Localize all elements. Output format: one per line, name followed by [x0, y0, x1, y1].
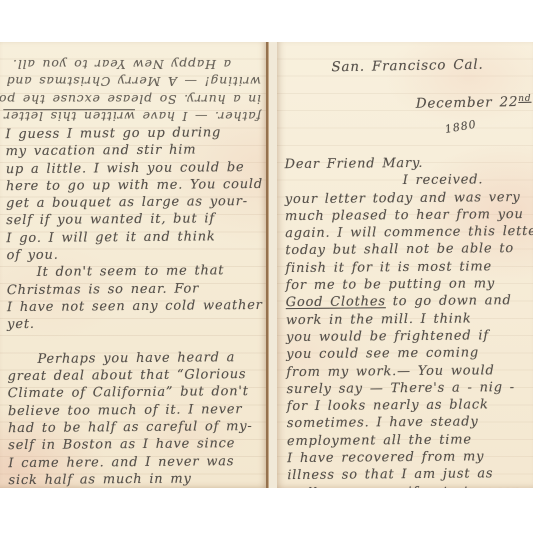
- dateline-date-main: December 22: [416, 94, 519, 112]
- letter-page-left: father. — I have written this letterin a…: [0, 42, 267, 488]
- letter-page-right: San. Francisco Cal. December 22nd 1880 D…: [277, 42, 533, 488]
- letter-line: surely say — There's a - nig -: [286, 379, 533, 398]
- letter-line: I came here. and I never was: [8, 453, 266, 473]
- letter-line: a Happy New Year to you all.: [10, 56, 261, 73]
- letter-line: father. — I have written this letter: [10, 108, 261, 125]
- letter-line: today but shall not be able to: [285, 241, 532, 260]
- dateline-date-suffix: nd: [518, 93, 531, 103]
- letter-line: get a bouquet as large as your-: [6, 193, 264, 213]
- letter-line: self in Boston as I have since: [8, 435, 266, 455]
- right-page-body: Dear Friend Mary.I received.your letter …: [284, 154, 533, 488]
- letter-photo: father. — I have written this letterin a…: [0, 0, 533, 533]
- page-seam: [266, 42, 277, 488]
- letter-line: sick half as much in my: [8, 470, 266, 488]
- letter-line: I have not seen any cold weather: [7, 297, 265, 317]
- letter-line: Good Clothes to go down and: [286, 292, 533, 311]
- inverted-postscript: father. — I have written this letterin a…: [10, 56, 261, 125]
- dateline: San. Francisco Cal. December 22nd 1880: [277, 56, 533, 146]
- letter-line: in a hurry. So please excuse the poor: [10, 91, 261, 108]
- letter-line: Climate of California” but don't: [8, 384, 266, 404]
- left-page-body: I guess I must go up duringmy vacation a…: [5, 124, 266, 488]
- letter-line: writing! — A Merry Christmas and: [10, 73, 261, 90]
